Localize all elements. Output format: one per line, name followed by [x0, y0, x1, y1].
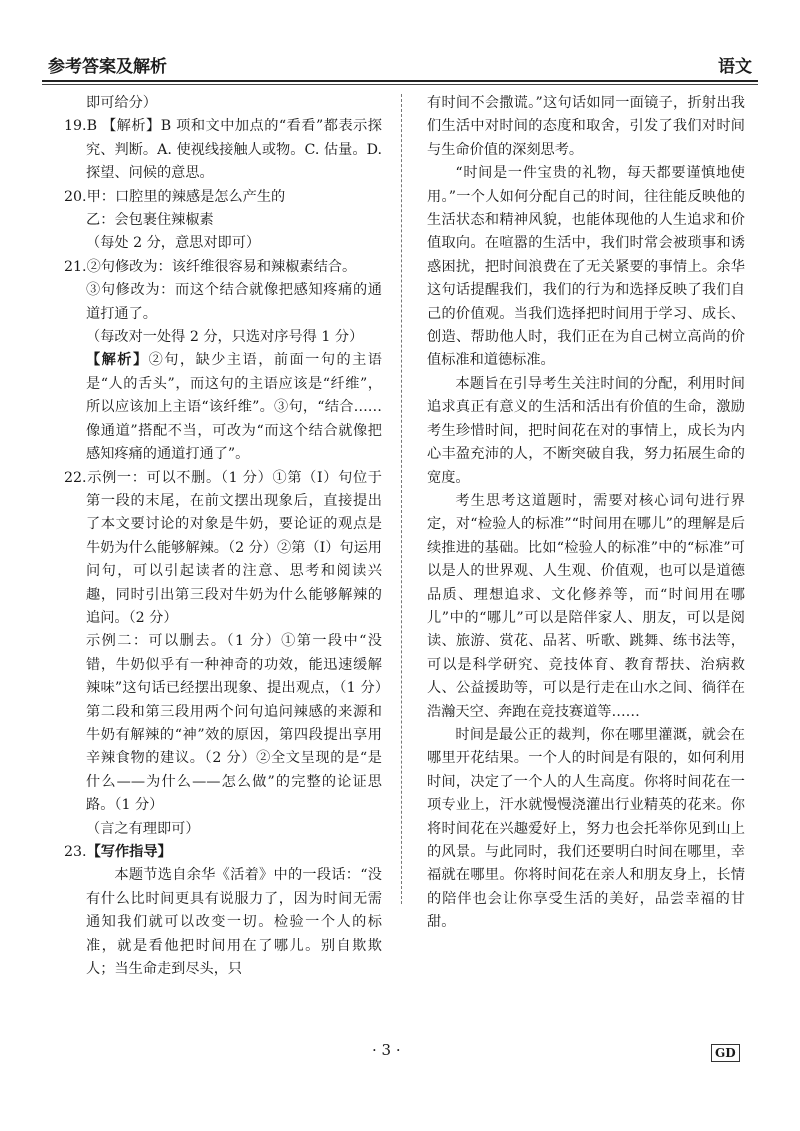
edition-badge: GD [711, 1044, 740, 1062]
left-column: 即可给分） 19.B 【解析】B 项和文中加点的“看看”都表示探究、判断。A. … [64, 92, 382, 981]
answer-23-para1: 本题节选自余华《活着》中的一段话：“没有什么比时间更具有说服力了，因为时间无需通… [64, 864, 382, 981]
answer-21: 21.②句修改为：该纤维很容易和辣椒素结合。 [64, 256, 382, 279]
continued-text: 即可给分） [64, 92, 382, 115]
page-number: · 3 · [372, 1041, 401, 1059]
answer-number: 20. [64, 189, 87, 205]
answer-21-note: （每改对一处得 2 分，只选对序号得 1 分） [64, 326, 382, 349]
writing-guide-label: 【写作指导】 [87, 844, 172, 860]
paragraph-5: 时间是最公正的裁判，你在哪里灌溉，就会在哪里开花结果。一个人的时间是有限的，如何… [427, 724, 745, 935]
answer-number: 23. [64, 844, 87, 860]
answer-number: 21. [64, 259, 87, 275]
answer-20: 20.甲：口腔里的辣感是怎么产生的 [64, 186, 382, 209]
answer-number: 19. [64, 118, 87, 134]
column-divider [401, 94, 402, 904]
answer-22-example2: 示例二：可以删去。（1 分）①第一段中“没错，牛奶似乎有一种神奇的功效，能迅速缓… [64, 630, 382, 817]
analysis-text: ②句，缺少主语，前面一句的主语是“人的舌头”，而这句的主语应该是“纤维”，所以应… [86, 352, 382, 462]
answer-23: 23.【写作指导】 [64, 841, 382, 864]
header-title: 参考答案及解析 [48, 52, 167, 77]
paragraph-1: 有时间不会撒谎。”这句话如同一面镜子，折射出我们生活中对时间的态度和取舍，引发了… [427, 92, 745, 162]
answer-text: 甲：口腔里的辣感是怎么产生的 [87, 189, 286, 205]
header-rule-thick [42, 80, 758, 82]
answer-21-analysis: 【解析】②句，缺少主语，前面一句的主语是“人的舌头”，而这句的主语应该是“纤维”… [64, 349, 382, 466]
analysis-label: 【解析】 [86, 352, 149, 368]
answer-20-note: （每处 2 分，意思对即可） [64, 232, 382, 255]
answer-22: 22.示例一：可以不删。（1 分）①第（Ⅰ）句位于第一段的末尾，在前文摆出现象后… [64, 467, 382, 631]
paragraph-2: “时间是一件宝贵的礼物，每天都要谨慎地使用。”一个人如何分配自己的时间，往往能反… [427, 162, 745, 373]
paragraph-4: 考生思考这道题时，需要对核心词句进行界定，对“检验人的标准”“时间用在哪儿”的理… [427, 490, 745, 724]
header-subject: 语文 [718, 52, 752, 77]
answer-number: 22. [64, 470, 87, 486]
answer-22-note: （言之有理即可） [64, 818, 382, 841]
answer-21-line2: ③句修改为：而这个结合就像把感知疼痛的通道打通了。 [64, 279, 382, 326]
page-header: 参考答案及解析 语文 [42, 52, 758, 76]
right-column: 有时间不会撒谎。”这句话如同一面镜子，折射出我们生活中对时间的态度和取舍，引发了… [427, 92, 745, 935]
header-rule-thin [42, 84, 758, 85]
paragraph-3: 本题旨在引导考生关注时间的分配，利用时间追求真正有意义的生活和活出有价值的生命，… [427, 373, 745, 490]
answer-text: 示例一：可以不删。（1 分）①第（Ⅰ）句位于第一段的末尾，在前文摆出现象后，直接… [86, 470, 382, 626]
answer-19: 19.B 【解析】B 项和文中加点的“看看”都表示探究、判断。A. 使视线接触人… [64, 115, 382, 185]
answer-text: B 【解析】B 项和文中加点的“看看”都表示探究、判断。A. 使视线接触人或物。… [86, 118, 382, 181]
answer-20-line2: 乙：会包裹住辣椒素 [64, 209, 382, 232]
answer-text: ②句修改为：该纤维很容易和辣椒素结合。 [87, 259, 357, 275]
